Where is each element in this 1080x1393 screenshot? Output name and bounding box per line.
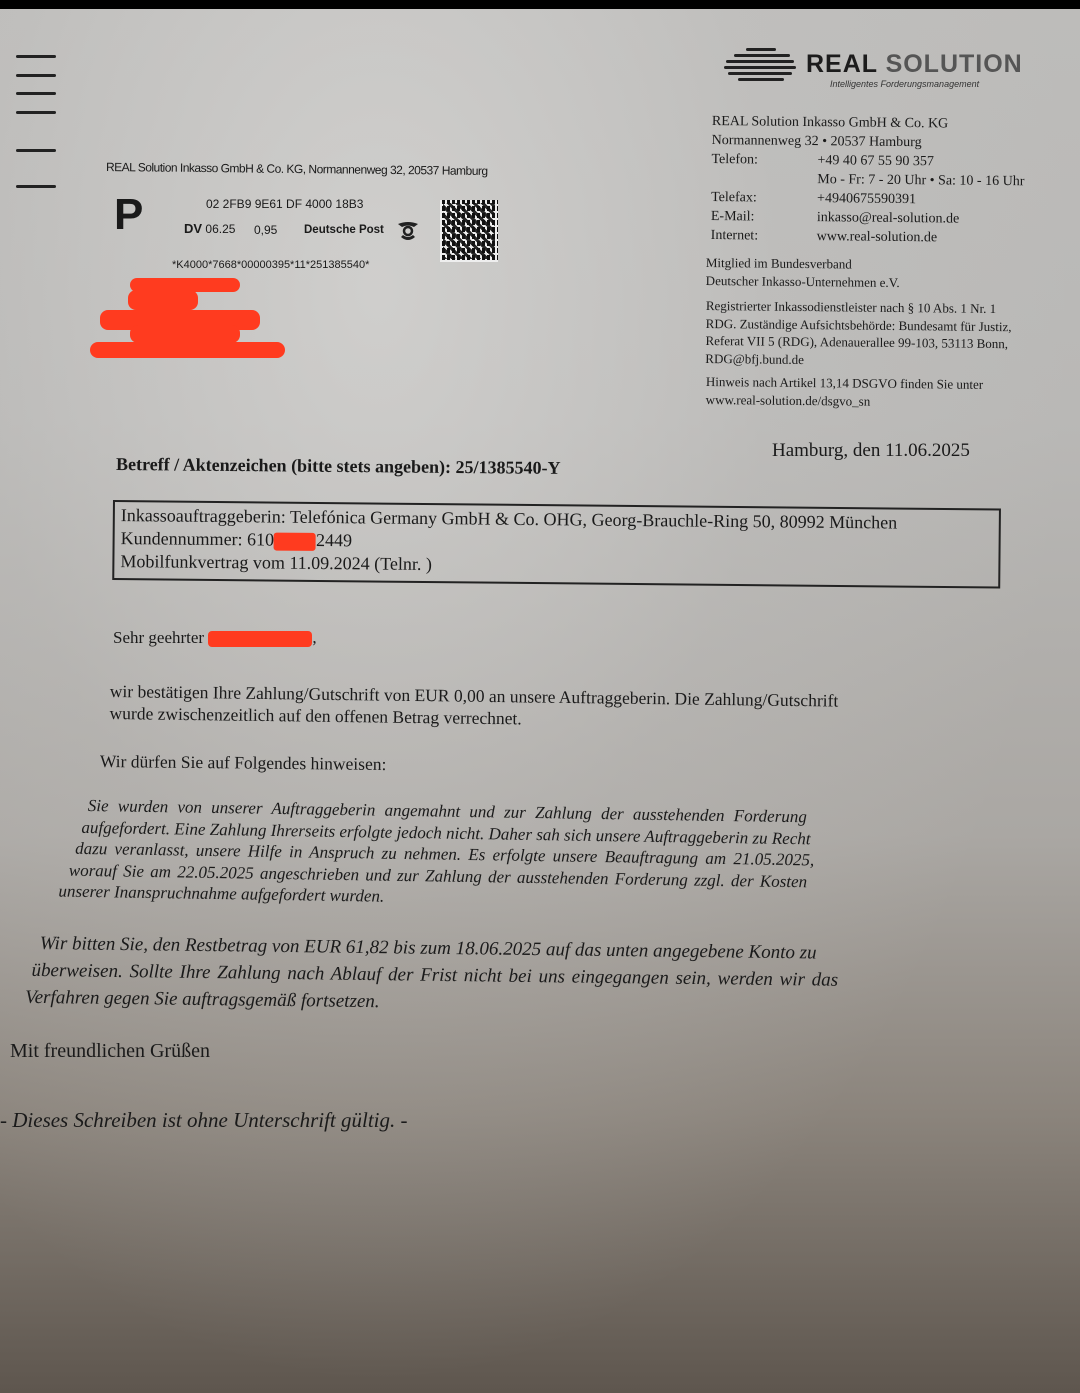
privacy-note: Hinweis nach Artikel 13,14 DSGVO finden … [706,373,984,411]
paragraph-notice-intro: Wir dürfen Sie auf Folgendes hinweisen: [100,750,387,775]
letter-date: Hamburg, den 11.06.2025 [772,440,970,462]
brand-logo-text: REAL SOLUTION [806,50,1023,79]
contact-website: Internet:www.real-solution.de [711,226,1024,248]
postage-mark: P [114,190,143,240]
paragraph-payment-request: Wir bitten Sie, den Restbetrag von EUR 6… [39,930,839,1021]
customer-number-redaction [274,532,316,550]
subject-line: Betreff / Aktenzeichen (bitte stets ange… [116,454,561,479]
post-horn-icon [396,221,420,247]
registration-note: Registrierter Inkassodienstleister nach … [705,297,1012,370]
closing-greeting: Mit freundlichen Grüßen [10,1040,210,1063]
brand-primary: REAL [806,50,878,78]
franking-code: 02 2FB9 9E61 DF 4000 18B3 [206,197,363,211]
carrier-name: Deutsche Post [304,224,384,236]
striped-globe-icon [724,46,796,84]
brand-secondary: SOLUTION [886,50,1023,78]
sender-info: REAL Solution Inkasso GmbH & Co. KG Norm… [711,112,1025,248]
name-redaction [208,631,312,647]
claim-info-box: Inkassoauftraggeberin: Telefónica German… [112,500,1001,589]
fold-marks [16,55,60,195]
brand-tagline: Intelligentes Forderungsmanagement [830,79,979,89]
top-black-bar [0,0,1080,9]
franking-barcode-text: *K4000*7668*00000395*11*251385540* [172,259,369,271]
salutation: Sehr geehrter , [113,628,317,648]
franking-date: DV 06.25 [184,221,235,236]
franking-price: 0,95 [254,223,277,237]
no-signature-note: - Dieses Schreiben ist ohne Unterschrift… [0,1108,408,1133]
paragraph-background: Sie wurden von unserer Auftraggeberin an… [86,795,815,914]
datamatrix-code [440,200,498,262]
membership-note: Mitglied im Bundesverband Deutscher Inka… [706,254,900,291]
